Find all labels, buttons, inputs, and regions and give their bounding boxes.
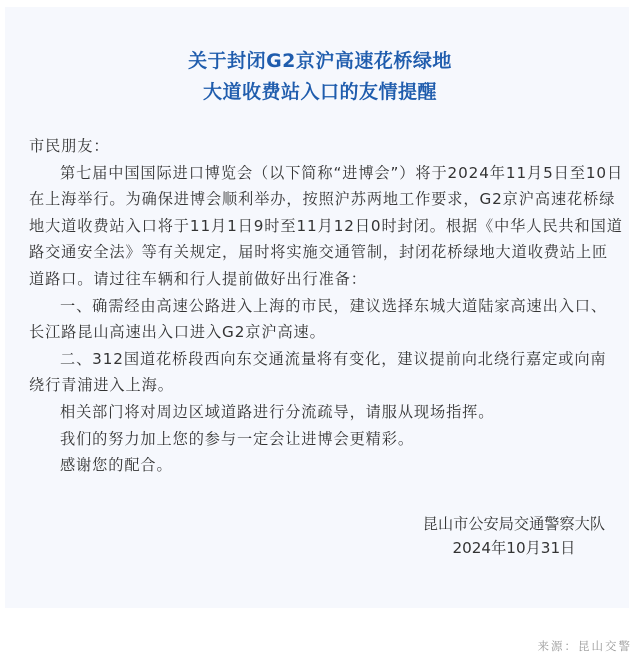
paragraph-announcement: 第七届中国国际进口博览会（以下简称“进博会”）将于2024年11月5日至10日 … [29,160,614,293]
paragraph-line: 一、确需经由高速公路进入上海的市民，建议选择东城大道陆家高速出入口、 [29,293,614,320]
notice-body: 市民朋友： 第七届中国国际进口博览会（以下简称“进博会”）将于2024年11月5… [29,133,614,479]
paragraph-line: 道路口。请过往车辆和行人提前做好出行准备： [0,266,614,293]
paragraph-effort: 我们的努力加上您的参与一定会让进博会更精彩。 [29,426,614,453]
paragraph-line: 地大道收费站入口将于11月1日9时至11月12日0时封闭。根据《中华人民共和国道 [0,213,614,240]
signature-date: 2024年10月31日 [423,536,605,560]
notice-title-line-1: 关于封闭G2京沪高速花桥绿地 [0,46,640,77]
notice-title: 关于封闭G2京沪高速花桥绿地 大道收费站入口的友情提醒 [0,46,640,108]
notice-title-line-2: 大道收费站入口的友情提醒 [0,77,640,108]
paragraph-line: 绕行青浦进入上海。 [0,372,614,399]
source-credit: 来源：昆山交警 [538,638,633,654]
paragraph-line: 在上海举行。为确保进博会顺利举办，按照沪苏两地工作要求，G2京沪高速花桥绿 [0,186,614,213]
signature-block: 昆山市公安局交通警察大队 2024年10月31日 [423,512,605,560]
paragraph-guidance: 相关部门将对周边区域道路进行分流疏导，请服从现场指挥。 [29,399,614,426]
advice-item-2: 二、312国道花桥段西向东交通流量将有变化，建议提前向北绕行嘉定或向南 绕行青浦… [29,346,614,399]
paragraph-line: 第七届中国国际进口博览会（以下简称“进博会”）将于2024年11月5日至10日 [29,160,614,187]
signature-organization: 昆山市公安局交通警察大队 [423,512,605,536]
paragraph-line: 二、312国道花桥段西向东交通流量将有变化，建议提前向北绕行嘉定或向南 [29,346,614,373]
paragraph-line: 路交通安全法》等有关规定，届时将实施交通管制，封闭花桥绿地大道收费站上匝 [0,239,614,266]
paragraph-line: 长江路昆山高速出入口进入G2京沪高速。 [0,319,614,346]
paragraph-thanks: 感谢您的配合。 [29,452,614,479]
advice-item-1: 一、确需经由高速公路进入上海的市民，建议选择东城大道陆家高速出入口、 长江路昆山… [29,293,614,346]
salutation: 市民朋友： [29,133,614,160]
